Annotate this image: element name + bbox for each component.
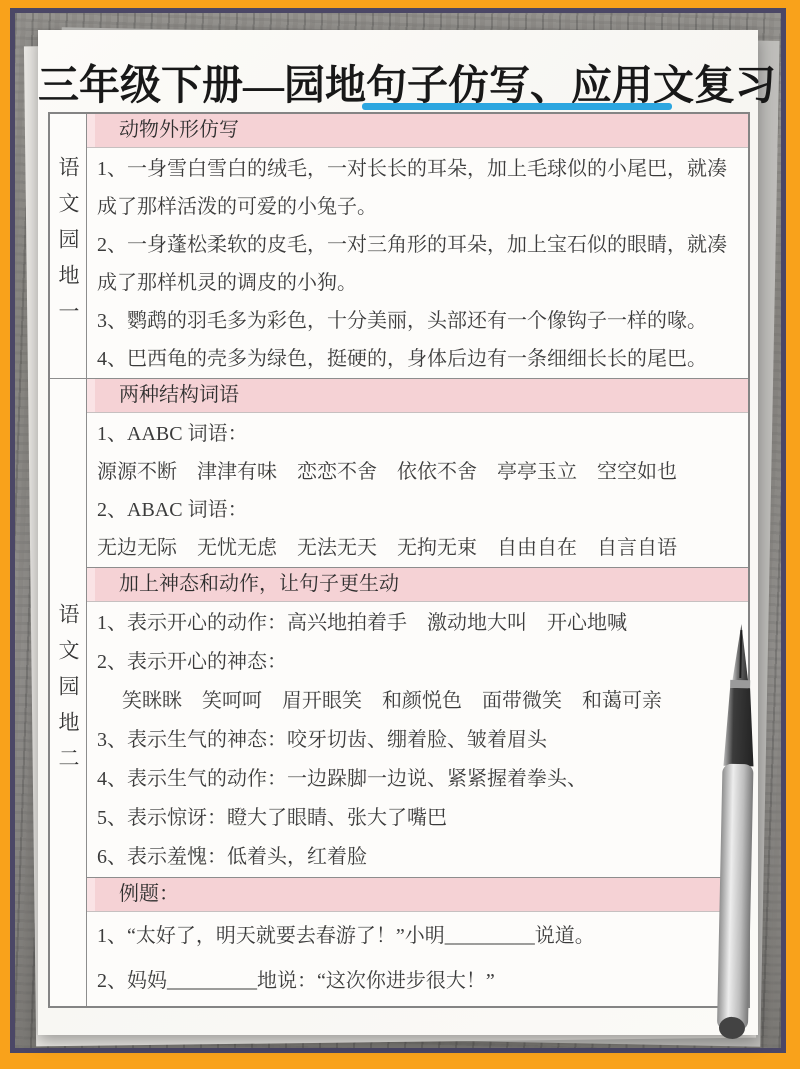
content-line: 1、“太好了，明天就要去春游了！”小明_________说道。 (87, 914, 748, 959)
fountain-pen-icon (710, 622, 765, 1051)
section-body: 1、AABC 词语： 源源不断 津津有味 恋恋不舍 依依不舍 亭亭玉立 空空如也… (87, 413, 748, 567)
section-header: 两种结构词语 (87, 379, 748, 413)
section-examples: 例题： 1、“太好了，明天就要去春游了！”小明_________说道。 2、妈妈… (87, 877, 748, 1006)
content-line: 成了那样活泼的可爱的小兔子。 (87, 188, 748, 226)
content-line: 5、表示惊讶：瞪大了眼睛、张大了嘴巴 (87, 799, 748, 838)
content-line: 2、ABAC 词语： (87, 491, 748, 529)
row-group-label-cell: 语文园地二 (50, 379, 87, 1006)
section-animal-description: 动物外形仿写 1、一身雪白雪白的绒毛，一对长长的耳朵，加上毛球似的小尾巴，就凑 … (87, 114, 748, 376)
section-word-structures: 两种结构词语 1、AABC 词语： 源源不断 津津有味 恋恋不舍 依依不舍 亭亭… (87, 379, 748, 567)
content-line: 2、表示开心的神态： (87, 643, 748, 682)
content-line: 1、表示开心的动作：高兴地拍着手 激动地大叫 开心地喊 (87, 604, 748, 643)
content-line: 1、一身雪白雪白的绒毛，一对长长的耳朵，加上毛球似的小尾巴，就凑 (87, 150, 748, 188)
content-cell: 动物外形仿写 1、一身雪白雪白的绒毛，一对长长的耳朵，加上毛球似的小尾巴，就凑 … (87, 114, 748, 378)
content-line: 成了那样机灵的调皮的小狗。 (87, 264, 748, 302)
content-cell: 两种结构词语 1、AABC 词语： 源源不断 津津有味 恋恋不舍 依依不舍 亭亭… (87, 379, 748, 1006)
worksheet-page: 三年级下册—园地句子仿写、应用文复习 语文园地一 动物外形仿写 1、一身雪白雪白… (38, 30, 758, 1035)
content-line: 4、表示生气的动作：一边跺脚一边说、紧紧握着拳头、 (87, 760, 748, 799)
content-line: 3、鹦鹉的羽毛多为彩色，十分美丽，头部还有一个像钩子一样的喙。 (87, 302, 748, 340)
section-body: 1、一身雪白雪白的绒毛，一对长长的耳朵，加上毛球似的小尾巴，就凑 成了那样活泼的… (87, 148, 748, 378)
content-line: 1、AABC 词语： (87, 415, 748, 453)
section-header: 加上神态和动作，让句子更生动 (87, 568, 748, 602)
section-expressions-actions: 加上神态和动作，让句子更生动 1、表示开心的动作：高兴地拍着手 激动地大叫 开心… (87, 567, 748, 877)
section-body: 1、“太好了，明天就要去春游了！”小明_________说道。 2、妈妈____… (87, 912, 748, 1006)
row-group-label: 语文园地二 (50, 603, 86, 783)
content-line: 2、妈妈_________地说：“这次你进步很大！” (87, 959, 748, 1004)
content-line: 笑眯眯 笑呵呵 眉开眼笑 和颜悦色 面带微笑 和蔼可亲 (87, 682, 748, 721)
content-line: 2、一身蓬松柔软的皮毛，一对三角形的耳朵，加上宝石似的眼睛，就凑 (87, 226, 748, 264)
table-row: 语文园地一 动物外形仿写 1、一身雪白雪白的绒毛，一对长长的耳朵，加上毛球似的小… (50, 114, 748, 378)
content-line: 无边无际 无忧无虑 无法无天 无拘无束 自由自在 自言自语 (87, 529, 748, 567)
section-body: 1、表示开心的动作：高兴地拍着手 激动地大叫 开心地喊 2、表示开心的神态： 笑… (87, 602, 748, 877)
section-header: 例题： (87, 878, 748, 912)
row-group-label-cell: 语文园地一 (50, 114, 87, 378)
table-row: 语文园地二 两种结构词语 1、AABC 词语： 源源不断 津津有味 恋恋不舍 依… (50, 378, 748, 1006)
content-line: 源源不断 津津有味 恋恋不舍 依依不舍 亭亭玉立 空空如也 (87, 453, 748, 491)
title-underline-decoration (362, 103, 672, 110)
content-line: 6、表示羞愧：低着头，红着脸 (87, 838, 748, 877)
review-table: 语文园地一 动物外形仿写 1、一身雪白雪白的绒毛，一对长长的耳朵，加上毛球似的小… (48, 112, 750, 1008)
content-line: 4、巴西龟的壳多为绿色，挺硬的，身体后边有一条细细长长的尾巴。 (87, 340, 748, 378)
content-line: 3、表示生气的神态：咬牙切齿、绷着脸、皱着眉头 (87, 721, 748, 760)
row-group-label: 语文园地一 (50, 156, 86, 336)
worksheet-photo: 三年级下册—园地句子仿写、应用文复习 语文园地一 动物外形仿写 1、一身雪白雪白… (0, 0, 800, 1069)
section-header: 动物外形仿写 (87, 114, 748, 148)
